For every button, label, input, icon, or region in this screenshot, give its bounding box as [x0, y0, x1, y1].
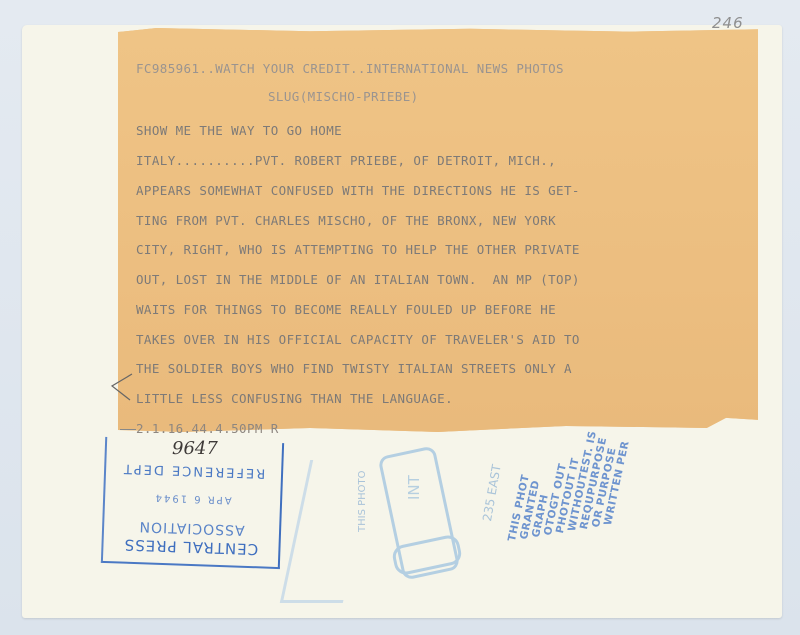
- pencil-archive-number: 246: [712, 14, 744, 32]
- stamp-line: CENTRAL PRESS: [103, 535, 279, 559]
- caption-header: FC985961..WATCH YOUR CREDIT..INTERNATION…: [136, 61, 564, 76]
- caption-dateline: 2.1.16.44.4.50PM R: [136, 421, 279, 436]
- caption-body-line: WAITS FOR THINGS TO BECOME REALLY FOULED…: [136, 302, 556, 317]
- caption-body-line: TING FROM PVT. CHARLES MISCHO, OF THE BR…: [136, 213, 556, 228]
- pencil-dash-mark: [120, 429, 136, 430]
- inp-stamp: THIS PHOTO INT 235 EAST: [295, 440, 515, 610]
- restriction-stamp: THIS PHOT GRANTED GRAPH OTOGT OUT PHOTOU…: [496, 432, 616, 552]
- caption-body-line: THE SOLDIER BOYS WHO FIND TWISTY ITALIAN…: [136, 361, 572, 376]
- caption-body-line: LITTLE LESS CONFUSING THAN THE LANGUAGE.: [136, 391, 453, 406]
- stamp-text: THIS PHOTO: [357, 470, 368, 532]
- stamp-date: APR 6 1944: [105, 490, 280, 507]
- caption-headline: SHOW ME THE WAY TO GO HOME: [136, 123, 342, 138]
- caption-body-line: APPEARS SOMEWHAT CONFUSED WITH THE DIREC…: [136, 183, 580, 198]
- caption-slug: SLUG(MISCHO-PRIEBE): [268, 89, 419, 104]
- caption-body-line: TAKES OVER IN HIS OFFICIAL CAPACITY OF T…: [136, 332, 580, 347]
- pencil-arrow-mark: [108, 372, 138, 412]
- stamp-dept: REFERENCE DEPT: [106, 460, 281, 481]
- caption-body-line: CITY, RIGHT, WHO IS ATTEMPTING TO HELP T…: [136, 242, 580, 257]
- stamp-brand: INT: [405, 475, 423, 500]
- caption-body-line: ITALY..........PVT. ROBERT PRIEBE, OF DE…: [136, 153, 556, 168]
- caption-body-line: OUT, LOST IN THE MIDDLE OF AN ITALIAN TO…: [136, 272, 580, 287]
- handwritten-number: 9647: [172, 438, 218, 459]
